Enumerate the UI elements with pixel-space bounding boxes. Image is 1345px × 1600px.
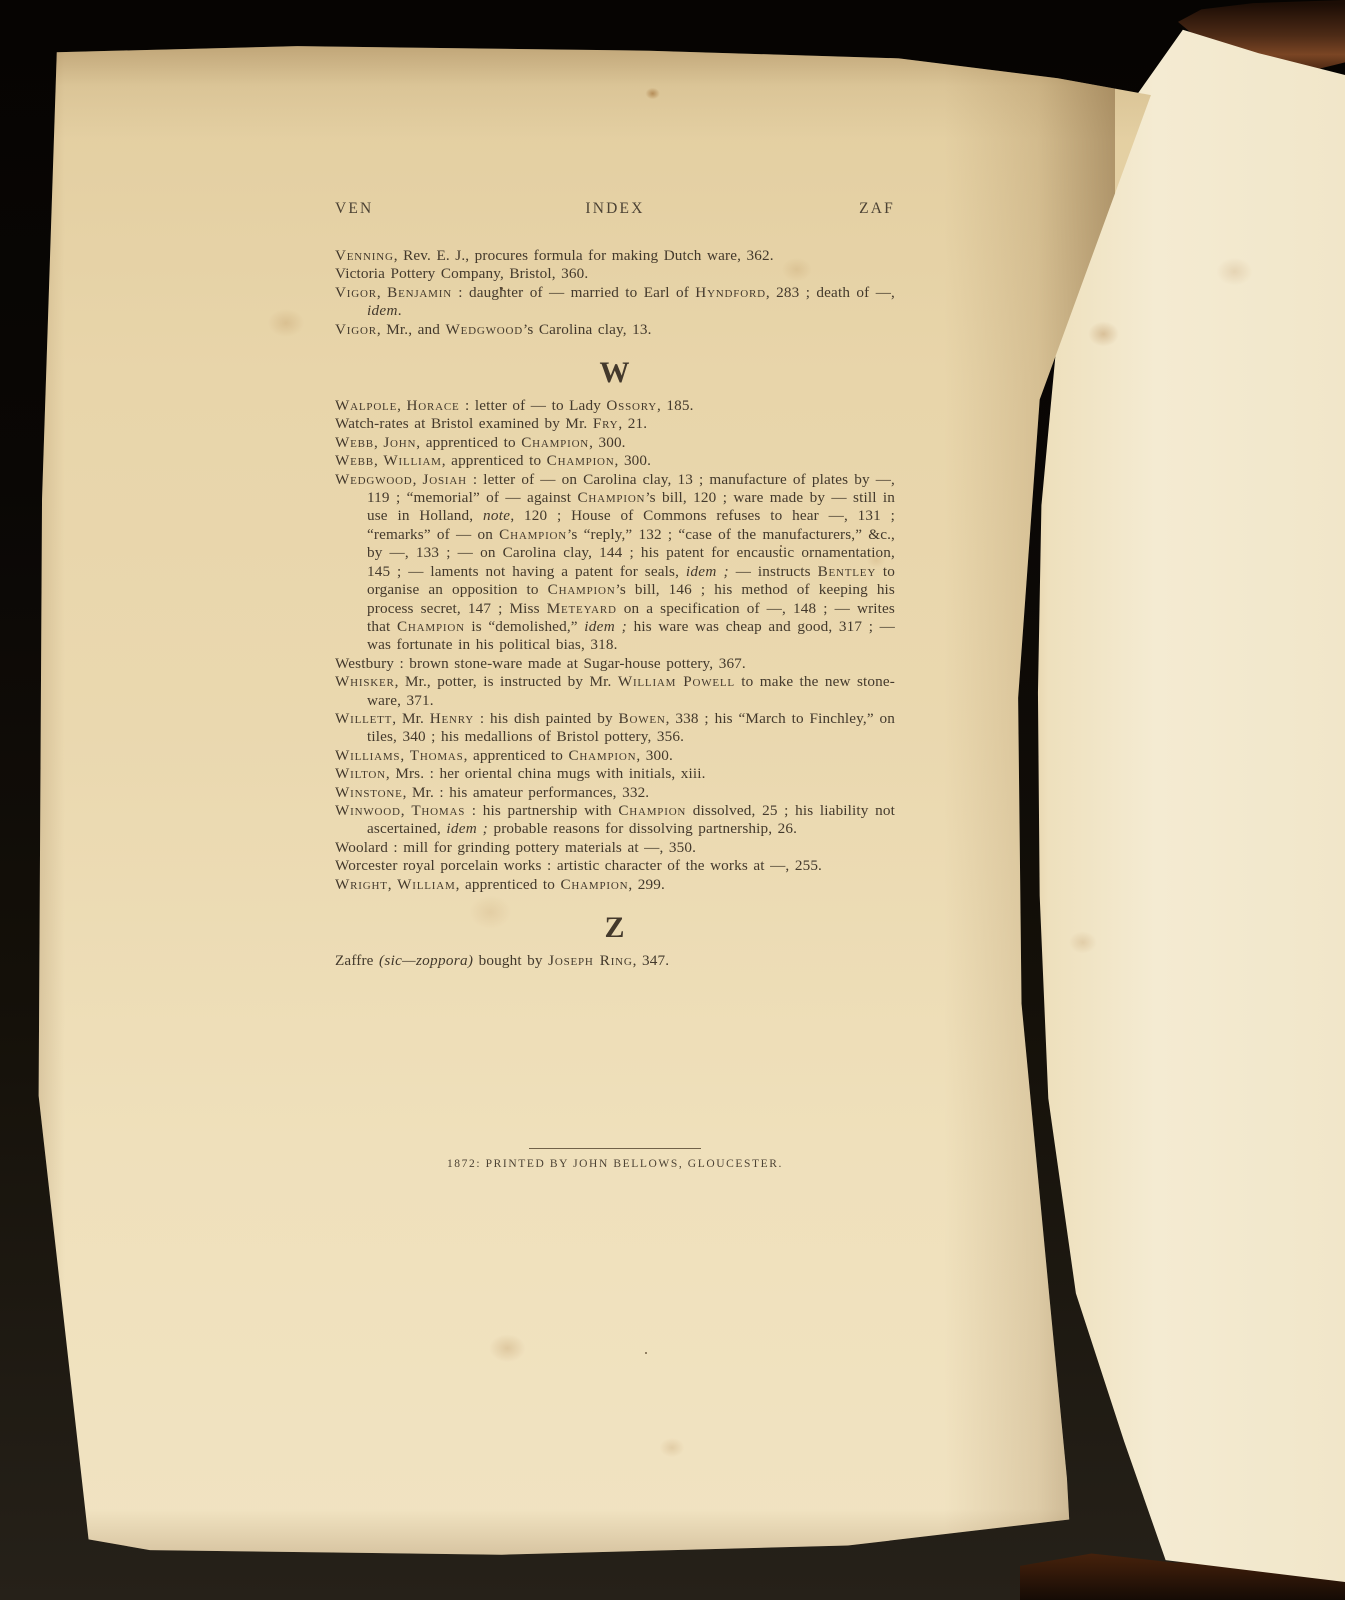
index-text-block: VEN INDEX ZAF Venning, Rev. E. J., procu… (335, 200, 895, 970)
index-entry: Whisker, Mr., potter, is instructed by M… (335, 673, 895, 710)
index-entry: Zaffre (sic—zoppora) bought by Joseph Ri… (335, 952, 895, 970)
age-speck (645, 1352, 647, 1354)
index-entry: Wilton, Mrs. : her oriental china mugs w… (335, 765, 895, 783)
running-head-title: INDEX (335, 200, 895, 218)
colophon-rule (529, 1148, 701, 1149)
section-w-entries: Walpole, Horace : letter of — to Lady Os… (335, 397, 895, 894)
index-entry: Westbury : brown stone-ware made at Suga… (335, 655, 895, 673)
index-entry: Winwood, Thomas : his partnership with C… (335, 802, 895, 839)
section-w-heading: W (335, 357, 895, 389)
index-entry: Venning, Rev. E. J., procures formula fo… (335, 247, 895, 265)
section-z-heading: Z (335, 912, 895, 944)
index-entry: Webb, John, apprenticed to Champion, 300… (335, 434, 895, 452)
colophon: 1872: PRINTED BY JOHN BELLOWS, GLOUCESTE… (335, 1148, 895, 1170)
index-entry: Walpole, Horace : letter of — to Lady Os… (335, 397, 895, 415)
index-entry: Watch-rates at Bristol examined by Mr. F… (335, 415, 895, 433)
index-entry: Woolard : mill for grinding pottery mate… (335, 839, 895, 857)
index-entry: Willett, Mr. Henry : his dish painted by… (335, 710, 895, 747)
running-head: VEN INDEX ZAF (335, 200, 895, 218)
index-entry: Vigor, Benjamin : daughter of — married … (335, 284, 895, 321)
index-entry: Vigor, Mr., and Wedgwood’s Carolina clay… (335, 321, 895, 339)
section-z-entries: Zaffre (sic—zoppora) bought by Joseph Ri… (335, 952, 895, 970)
book-photo: VEN INDEX ZAF Venning, Rev. E. J., procu… (0, 0, 1345, 1600)
index-entry: Victoria Pottery Company, Bristol, 360. (335, 265, 895, 283)
section-v-entries: Venning, Rev. E. J., procures formula fo… (335, 247, 895, 339)
index-entry: Worcester royal porcelain works : artist… (335, 857, 895, 875)
index-entry: Wright, William, apprenticed to Champion… (335, 876, 895, 894)
index-entry: Williams, Thomas, apprenticed to Champio… (335, 747, 895, 765)
index-entry: Winstone, Mr. : his amateur performances… (335, 784, 895, 802)
running-head-left: VEN (335, 200, 373, 218)
colophon-imprint: 1872: PRINTED BY JOHN BELLOWS, GLOUCESTE… (335, 1158, 895, 1170)
book-page: VEN INDEX ZAF Venning, Rev. E. J., procu… (25, 40, 1160, 1570)
index-entry: Webb, William, apprenticed to Champion, … (335, 452, 895, 470)
index-entry: Wedgwood, Josiah : letter of — on Caroli… (335, 471, 895, 655)
running-head-right: ZAF (859, 200, 895, 218)
